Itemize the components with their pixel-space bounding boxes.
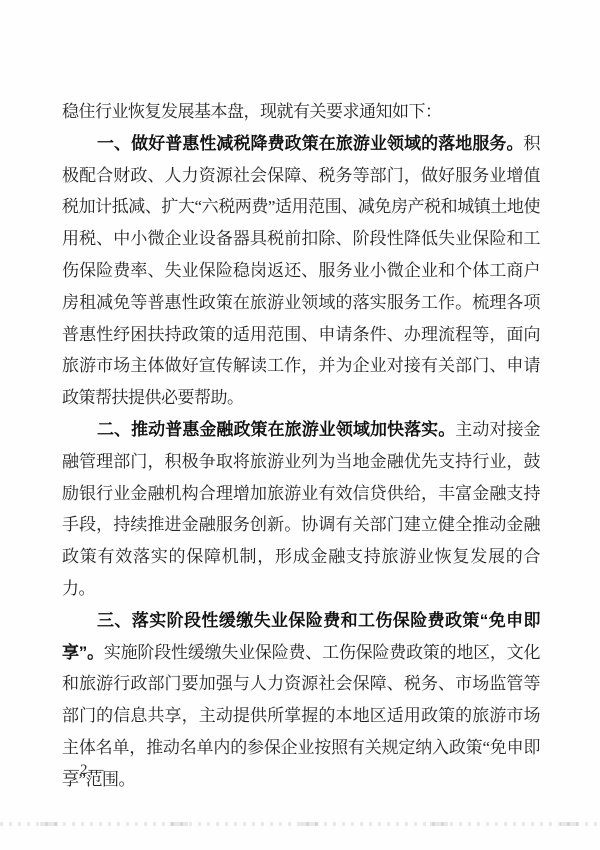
paragraph-section-1: 一、做好普惠性减税降费政策在旅游业领域的落地服务。积极配合财政、人力资源社会保障… xyxy=(62,128,540,414)
section-1-body-text: 积极配合财政、人力资源社会保障、税务等部门，做好服务业增值税加计抵减、扩大“六税… xyxy=(62,134,540,407)
page-number: —2— xyxy=(64,762,105,779)
section-1-heading: 一、做好普惠性减税降费政策在旅游业领域的落地服务。 xyxy=(97,134,524,153)
document-body: 稳住行业恢复发展基本盘，现就有关要求通知如下： 一、做好普惠性减税降费政策在旅游… xyxy=(62,96,540,796)
paragraph-continuation: 稳住行业恢复发展基本盘，现就有关要求通知如下： xyxy=(62,96,540,128)
scanned-document-page: 稳住行业恢复发展基本盘，现就有关要求通知如下： 一、做好普惠性减税降费政策在旅游… xyxy=(0,0,600,850)
section-2-heading: 二、推动普惠金融政策在旅游业领域加快落实。 xyxy=(97,420,455,439)
paragraph-section-2: 二、推动普惠金融政策在旅游业领域加快落实。主动对接金融管理部门，积极争取将旅游业… xyxy=(62,414,540,605)
section-2-body-text: 主动对接金融管理部门，积极争取将旅游业列为当地金融优先支持行业，鼓励银行业金融机… xyxy=(62,420,540,598)
scan-artifact-line xyxy=(0,822,600,826)
section-3-body-text: 实施阶段性缓缴失业保险费、工伤保险费政策的地区，文化和旅游行政部门要加强与人力资… xyxy=(62,643,540,789)
paragraph-section-3: 三、落实阶段性缓缴失业保险费和工伤保险费政策“免申即享”。实施阶段性缓缴失业保险… xyxy=(62,605,540,796)
